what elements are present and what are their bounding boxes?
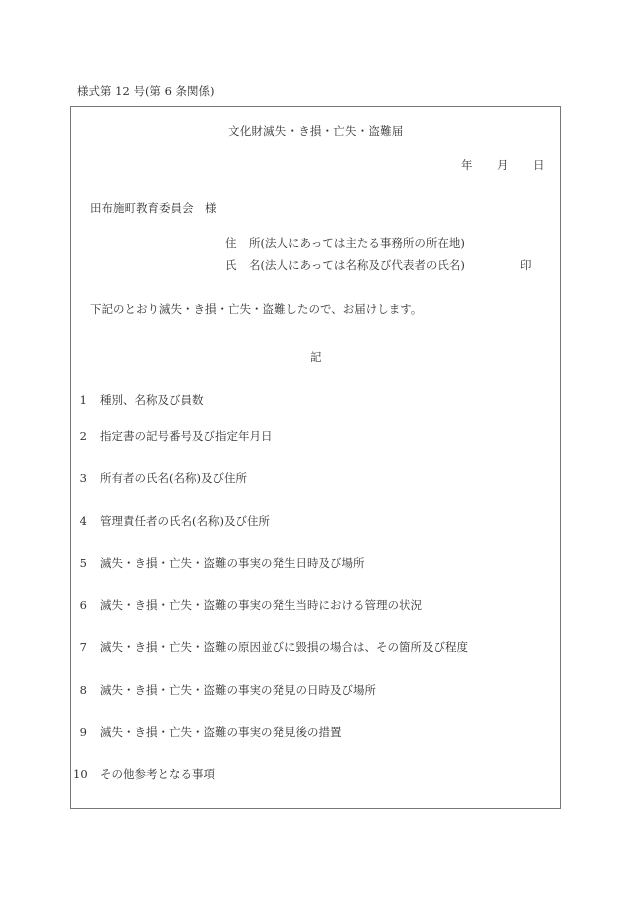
ki-heading: 記 <box>310 350 322 364</box>
name-label: 氏 <box>225 258 237 272</box>
item-number: 7 <box>73 640 87 654</box>
item-text: その他参考となる事項 <box>100 767 215 781</box>
item-text: 滅失・き損・亡失・盗難の原因並びに毀損の場合は、その箇所及び程度 <box>100 640 468 654</box>
statement: 下記のとおり滅失・き損・亡失・盗難したので、お届けします。 <box>90 302 422 316</box>
name-text: 名(法人にあっては名称及び代表者の氏名) <box>249 258 465 272</box>
item-text: 滅失・き損・亡失・盗難の事実の発見後の措置 <box>100 725 342 739</box>
address-label: 住 <box>225 236 237 250</box>
item-number: 2 <box>73 429 87 443</box>
item-number: 5 <box>73 556 87 570</box>
item-number: 9 <box>73 725 87 739</box>
item-text: 種別、名称及び員数 <box>100 393 204 407</box>
form-number: 様式第 12 号(第 6 条関係) <box>77 84 215 98</box>
date-day-label: 日 <box>533 158 545 172</box>
item-text: 所有者の氏名(名称)及び住所 <box>100 471 247 485</box>
item-text: 滅失・き損・亡失・盗難の事実の発見の日時及び場所 <box>100 683 376 697</box>
date-month-label: 月 <box>497 158 509 172</box>
item-text: 滅失・き損・亡失・盗難の事実の発生日時及び場所 <box>100 556 365 570</box>
item-number: 4 <box>73 514 87 528</box>
addressee: 田布施町教育委員会 様 <box>90 201 217 215</box>
address-text: 所(法人にあっては主たる事務所の所在地) <box>249 236 465 250</box>
date-year-label: 年 <box>461 158 473 172</box>
item-number: 3 <box>73 471 87 485</box>
item-text: 管理責任者の氏名(名称)及び住所 <box>100 514 270 528</box>
document-title: 文化財滅失・き損・亡失・盗難届 <box>228 124 404 138</box>
item-number: 6 <box>73 598 87 612</box>
item-number: 8 <box>73 683 87 697</box>
item-text: 指定書の記号番号及び指定年月日 <box>100 429 273 443</box>
item-number: 1 <box>73 393 87 407</box>
item-number: 10 <box>73 767 87 781</box>
seal-mark: 印 <box>520 258 532 272</box>
item-text: 滅失・き損・亡失・盗難の事実の発生当時における管理の状況 <box>100 598 422 612</box>
